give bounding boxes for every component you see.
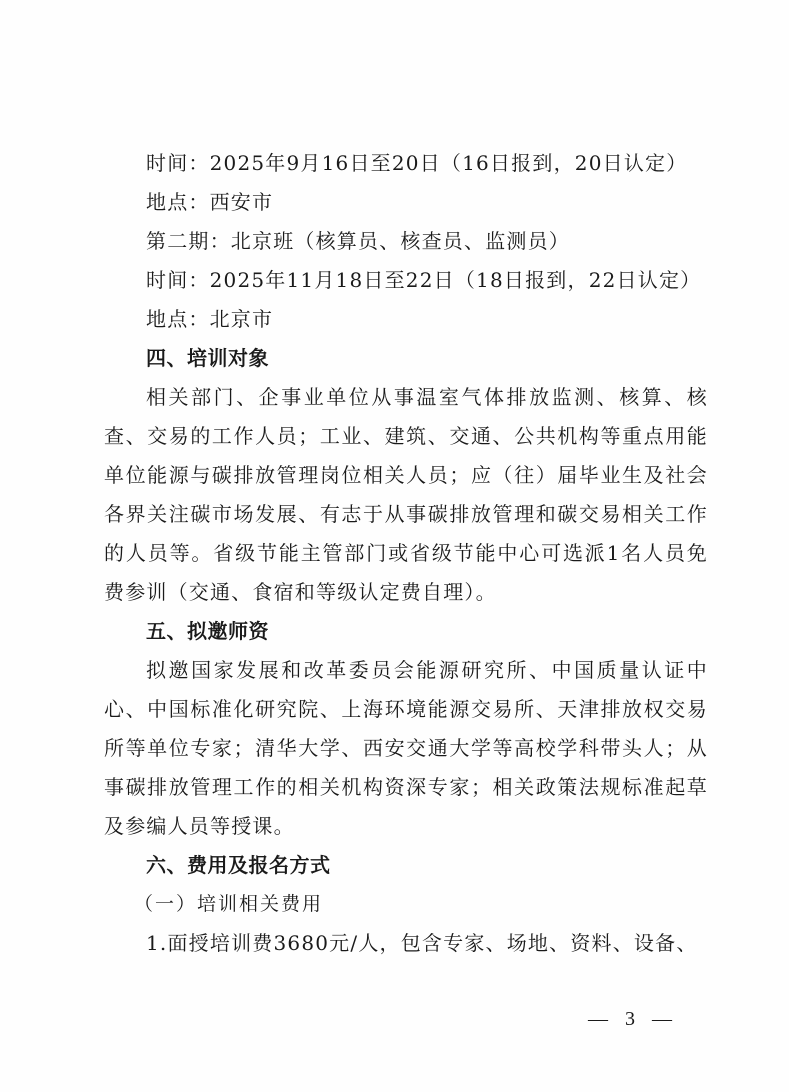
section4-body: 相关部门、企事业单位从事温室气体排放监测、核算、核查、交易的工作人员；工业、建筑… [104, 378, 708, 612]
session2-location: 地点：北京市 [104, 300, 708, 339]
session2-title: 第二期：北京班（核算员、核查员、监测员） [104, 222, 708, 261]
page-content: 时间：2025年9月16日至20日（16日报到，20日认定） 地点：西安市 第二… [104, 144, 708, 963]
document-page: 时间：2025年9月16日至20日（16日报到，20日认定） 地点：西安市 第二… [0, 0, 789, 1092]
section6-heading: 六、费用及报名方式 [104, 846, 708, 885]
section6-item1: 1.面授培训费3680元/人，包含专家、场地、资料、设备、 [104, 924, 708, 963]
section6-subheading: （一）培训相关费用 [104, 885, 708, 924]
session2-time: 时间：2025年11月18日至22日（18日报到，22日认定） [104, 261, 708, 300]
section4-heading: 四、培训对象 [104, 339, 708, 378]
session1-time: 时间：2025年9月16日至20日（16日报到，20日认定） [104, 144, 708, 183]
page-number: — 3 — [588, 1008, 678, 1031]
section5-heading: 五、拟邀师资 [104, 612, 708, 651]
section5-body: 拟邀国家发展和改革委员会能源研究所、中国质量认证中心、中国标准化研究院、上海环境… [104, 651, 708, 846]
session1-location: 地点：西安市 [104, 183, 708, 222]
